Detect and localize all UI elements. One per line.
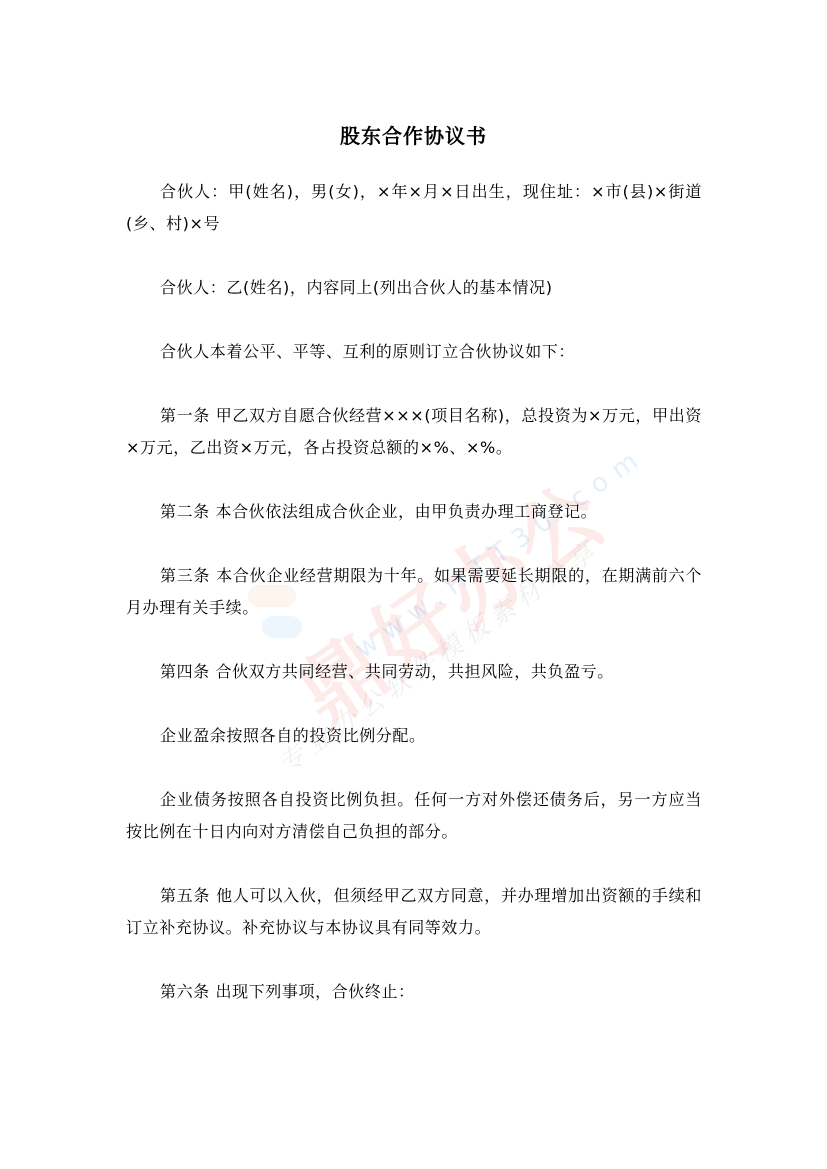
article-5-paragraph: 第五条 他人可以入伙，但须经甲乙双方同意，并办理增加出资额的手续和订立补充协议。… <box>126 880 702 944</box>
profit-distribution-paragraph: 企业盈余按照各自的投资比例分配。 <box>126 720 702 752</box>
debt-liability-paragraph: 企业债务按照各自投资比例负担。任何一方对外偿还债务后，另一方应当按比例在十日内向… <box>126 784 702 848</box>
preamble-paragraph: 合伙人本着公平、平等、互利的原则订立合伙协议如下： <box>126 336 702 368</box>
article-4-paragraph: 第四条 合伙双方共同经营、共同劳动，共担风险，共负盈亏。 <box>126 656 702 688</box>
article-1-paragraph: 第一条 甲乙双方自愿合伙经营×××(项目名称)，总投资为×万元，甲出资×万元，乙… <box>126 400 702 464</box>
document-title: 股东合作协议书 <box>0 121 827 151</box>
partner-a-paragraph: 合伙人：甲(姓名)，男(女)，×年×月×日出生，现住址：×市(县)×街道(乡、村… <box>126 176 702 240</box>
article-2-paragraph: 第二条 本合伙依法组成合伙企业，由甲负责办理工商登记。 <box>126 496 702 528</box>
article-3-paragraph: 第三条 本合伙企业经营期限为十年。如果需要延长期限的，在期满前六个月办理有关手续… <box>126 560 702 624</box>
partner-b-paragraph: 合伙人：乙(姓名)，内容同上(列出合伙人的基本情况) <box>126 272 702 304</box>
document-body: 合伙人：甲(姓名)，男(女)，×年×月×日出生，现住址：×市(县)×街道(乡、村… <box>126 176 702 1040</box>
document-page: 鼎好办公 www.HTT30.com 专业办公软件模板素材分享 股东合作协议书 … <box>0 0 827 1169</box>
article-6-paragraph: 第六条 出现下列事项，合伙终止： <box>126 976 702 1008</box>
